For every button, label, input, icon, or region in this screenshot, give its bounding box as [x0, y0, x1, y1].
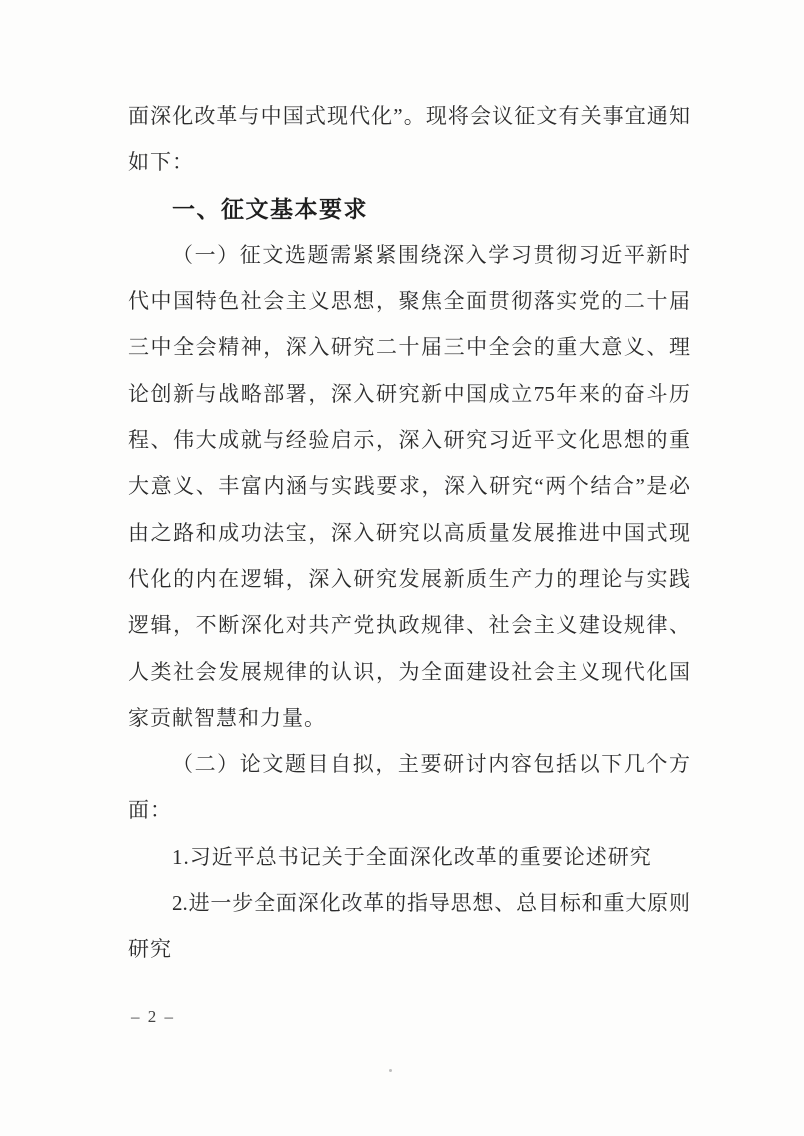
- text-line: （二）论文题目自拟，主要研讨内容包括以下几个方: [128, 741, 690, 787]
- text-line: 三中全会精神，深入研究二十届三中全会的重大意义、理: [128, 324, 690, 370]
- text-line: 大意义、丰富内涵与实践要求，深入研究“两个结合”是必: [128, 463, 690, 509]
- page-number: – 2 –: [131, 1003, 175, 1031]
- list-item-topic-2: 2.进一步全面深化改革的指导思想、总目标和重大原则: [128, 880, 690, 926]
- text-line: 逻辑，不断深化对共产党执政规律、社会主义建设规律、: [128, 602, 690, 648]
- text-line: 面深化改革与中国式现代化”。现将会议征文有关事宜通知: [128, 93, 690, 139]
- text-line: 程、伟大成就与经验启示，深入研究习近平文化思想的重: [128, 417, 690, 463]
- text-line: 由之路和成功法宝，深入研究以高质量发展推进中国式现: [128, 510, 690, 556]
- list-item-topic-1: 1.习近平总书记关于全面深化改革的重要论述研究: [128, 834, 690, 880]
- text-line: 人类社会发展规律的认识，为全面建设社会主义现代化国: [128, 649, 690, 695]
- text-line: 代化的内在逻辑，深入研究发展新质生产力的理论与实践: [128, 556, 690, 602]
- text-line: （一）征文选题需紧紧围绕深入学习贯彻习近平新时: [128, 232, 690, 278]
- text-line: 如下：: [128, 139, 690, 185]
- text-line: 论创新与战略部署，深入研究新中国成立75年来的奋斗历: [128, 371, 690, 417]
- scan-speck: [389, 1069, 392, 1072]
- text-line: 研究: [128, 926, 690, 972]
- text-line: 家贡献智慧和力量。: [128, 695, 690, 741]
- text-line: 代中国特色社会主义思想，聚焦全面贯彻落实党的二十届: [128, 278, 690, 324]
- document-body: 面深化改革与中国式现代化”。现将会议征文有关事宜通知 如下： 一、征文基本要求 …: [128, 93, 690, 973]
- text-line: 面：: [128, 787, 690, 833]
- section-heading-essay-requirements: 一、征文基本要求: [128, 186, 690, 232]
- document-page: 面深化改革与中国式现代化”。现将会议征文有关事宜通知 如下： 一、征文基本要求 …: [0, 0, 804, 1136]
